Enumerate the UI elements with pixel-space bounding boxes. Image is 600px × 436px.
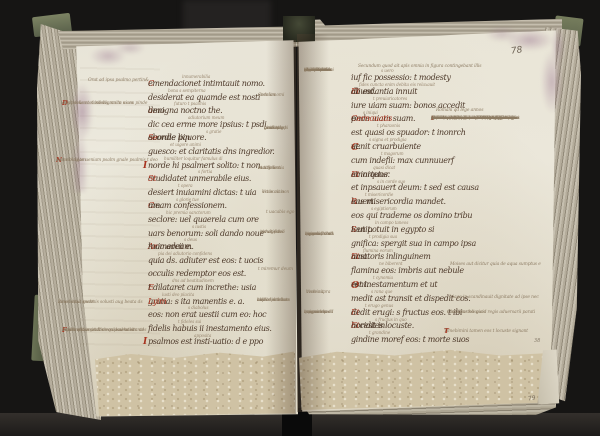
gloss-line: Orat ad ipsa psalmo pertin&	[88, 78, 149, 84]
gloss-line: martyrii	[258, 166, 275, 172]
text-segment: flamina eos: imbris aut nebule	[351, 266, 464, 275]
gloss-line: comitantia	[62, 328, 85, 334]
text-segment: t dilataret cum increthe: usia	[148, 283, 256, 292]
right-page-text-column: s ueroiuf fic possessio: t modestyfides …	[351, 73, 455, 353]
gloss-line: Secundum quod ait apls omnia in figura c…	[358, 64, 481, 70]
gloss-line: est occisio	[262, 190, 284, 196]
gloss-line: signo	[305, 232, 316, 238]
edge-mark-upper: 38	[534, 338, 540, 344]
text-segment: um	[148, 201, 160, 210]
text-segment: est quasi os spuador: t inonrch	[351, 128, 466, 137]
gloss-line: Iriage in scandinauit dignitate ad ipse …	[449, 295, 539, 301]
gloss-line: aug psallam et intelligam in uiam	[62, 101, 133, 107]
gloss-line: indulgens	[260, 230, 281, 236]
edge-mark-lower: 79	[527, 394, 536, 402]
manuscript-photograph: innumerabiliaCemendacionet intimtauit no…	[0, 0, 600, 436]
folio-number: 78	[510, 45, 523, 56]
text-segment: norde hi psalmert solito: t non	[148, 161, 260, 170]
text-segment: amortetur	[351, 170, 389, 179]
gloss-line: Timebimini tamen eos t locuste signant	[444, 329, 528, 335]
text-segment: fidelis habuis ii inestamento eius.	[148, 324, 272, 333]
text-segment: eos: non erat uestii cum eo: hoc	[148, 310, 266, 319]
gloss-line: innocentia opent	[58, 300, 94, 306]
text-segment: seclore: uel quaerela cum ore	[148, 215, 259, 224]
gloss-line: sunt apostoli quod	[447, 310, 486, 316]
gloss-line: Romani qd lege annos	[436, 108, 483, 114]
text-segment: inomercii e.	[148, 242, 192, 251]
text-segment: gnifica: spergit sua in campo ipsa	[351, 239, 476, 248]
gloss-line: illam beatitudinem ualeat peruenire	[431, 116, 508, 122]
text-segment: crudidatet unmerabile eius.	[148, 174, 251, 183]
text-segment: gindine moref eos: t morte suos	[351, 335, 469, 344]
right-page-lower-parchment	[299, 348, 551, 410]
text-segment: abundantia innuit	[351, 87, 417, 96]
text-segment: occidit in	[351, 321, 385, 330]
text-segment: occulis redemptor eos est.	[148, 269, 246, 278]
gloss-line: sanguinem	[304, 310, 327, 316]
text-segment: psalmos est insti-uatio: d e ppo	[148, 337, 263, 346]
gloss-line: Moises aut dicitur quia de aqua sumptus …	[450, 262, 541, 268]
rubric-segment: I	[143, 337, 147, 347]
left-page-lower-parchment	[95, 350, 295, 416]
text-segment: guesco: et claritatis dns ingredior.	[148, 147, 274, 156]
text-segment: est inestamentum et ut	[351, 280, 437, 289]
gloss-line: undelim	[258, 93, 275, 99]
gloss-line: t uacabis ego	[266, 210, 294, 216]
gloss-line: tulit	[257, 298, 266, 304]
text-segment: uenit cruarbuiente	[351, 142, 421, 151]
text-segment: cum indefii: max cunnuuerf	[351, 156, 454, 165]
text-segment: ecordie pin	[148, 133, 190, 142]
text-segment: uars benorum: soli dando noue	[148, 229, 264, 238]
text-segment: dic cea erme more ipsius: t psdi	[148, 120, 266, 129]
text-segment: e	[351, 114, 355, 123]
gloss-line: in me dirigam	[56, 158, 86, 164]
text-segment: dmo	[148, 106, 164, 115]
rubric-segment: Lyim	[148, 297, 166, 306]
text-segment: iuf fic possessio: t modesty	[351, 73, 451, 82]
text-segment: et inpsauert deum: t sed est causa	[351, 183, 479, 192]
left-page-text-column: innumerabiliaCemendacionet intimtauit no…	[148, 79, 274, 355]
text-segment: quia ds. adiuter est eos: t uocis	[148, 256, 263, 265]
gloss-line: cantabo	[304, 68, 321, 74]
interlinear-gloss: s gratie	[206, 129, 221, 134]
gloss-line: crescat	[264, 126, 280, 132]
text-segment: icut potuit in egypto si	[351, 225, 434, 234]
gutter-shadow-right	[297, 34, 329, 412]
rubric-segment: St	[148, 174, 156, 183]
text-segment: eus misericordia mandet.	[351, 197, 446, 206]
gloss-line: t miremur deum	[258, 267, 293, 273]
text-segment: eos qui trademe os domino tribu	[351, 211, 472, 220]
text-segment: desiderat ea quamde est nosti	[148, 93, 260, 102]
rubric-segment: Cernouatis	[351, 114, 392, 123]
text-segment: emendacionet intimtauit nomo.	[148, 79, 265, 88]
gloss-line: meminit	[306, 290, 324, 296]
text-segment: dedit erugi: s fructus eos. t ibi	[351, 308, 462, 317]
text-segment: desiert inuiamini dictas: t uia	[148, 188, 256, 197]
text-segment: amatoris inlinguinem	[351, 252, 430, 261]
